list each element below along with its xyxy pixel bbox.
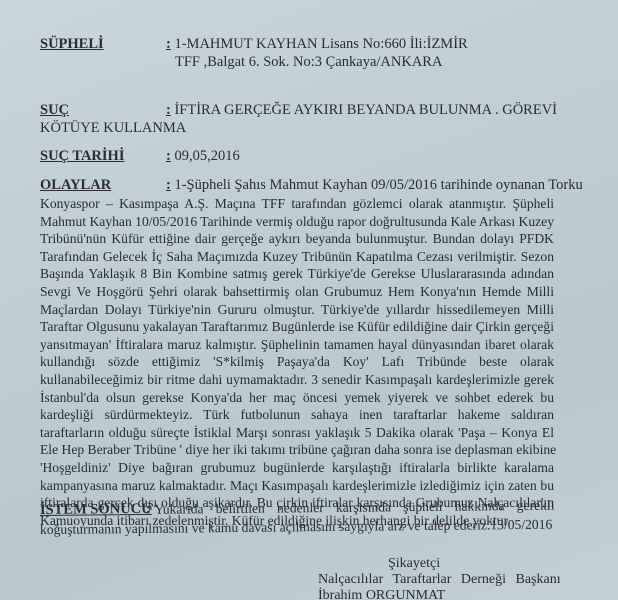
events-line: taraftarların olduğu süreçte İstiklal Ma… — [40, 424, 554, 442]
signature-organization: Nalçacılılar Taraftarlar Derneği Başkanı — [318, 572, 561, 588]
signature-name: İbrahim ORGUNMAT — [318, 588, 445, 600]
events-line: Sevgi Ve Hoşgörü Şehri olarak bahsettirm… — [40, 283, 554, 301]
crime-date-colon: : — [166, 148, 171, 164]
events-label: OLAYLAR — [40, 177, 166, 194]
crime-date-value: 09,05,2016 — [174, 148, 239, 164]
events-line: kampanyasına maruz kalmaktadır. Maçı Kas… — [40, 477, 554, 495]
crime-line1: İFTİRA GERÇEĞE AYKIRI BEYANDA BULUNMA . … — [174, 102, 557, 118]
events-line: Tribünü'nün Küfür ettiğine dair gerçeğe … — [40, 230, 554, 248]
crime-label: SUÇ — [40, 102, 166, 119]
suspect-label: SÜPHELİ — [40, 36, 166, 53]
events-line: kardeşliği sürdürmekteyiz. Türk futbolun… — [40, 406, 554, 424]
crime-section: SUÇ: İFTİRA GERÇEĞE AYKIRI BEYANDA BULUN… — [40, 102, 557, 119]
signature-title: Şikayetçi — [388, 556, 440, 572]
request-label: İSTEM SONUCU — [40, 501, 146, 519]
events-line: Tarafından Gelecek İç Saha Maçımızda Kuz… — [40, 248, 554, 266]
crime-date-section: SUÇ TARİHİ: 09,05,2016 — [40, 148, 240, 165]
events-line: Ele Hep Beraber Tribüne ' diye her iki t… — [40, 441, 554, 459]
events-line: İstanbul'da olsun gerekse Konya'da her m… — [40, 389, 554, 407]
events-line: Mahmut Kayhan 10/05/2016 Tarihinde vermi… — [40, 213, 554, 231]
events-line: kullanabileceğimiz bir ritme dahi uymama… — [40, 371, 554, 389]
request-colon: : — [146, 501, 151, 517]
suspect-line1: 1-MAHMUT KAYHAN Lisans No:660 İli:İZMİR — [174, 36, 467, 52]
complaint-document: SÜPHELİ: 1-MAHMUT KAYHAN Lisans No:660 İ… — [0, 0, 618, 600]
events-line: Maçlardan Dolayı Türkiye'nin Gururu olmu… — [40, 301, 554, 319]
events-line: yansıtmayan' İftiralara maruz kalmıştır.… — [40, 336, 554, 354]
events-line: 'Hoşgeldiniz' Diye bağıran grubumuz bugü… — [40, 459, 554, 477]
suspect-colon: : — [166, 36, 171, 52]
events-body: Konyaspor – Kasımpaşa A.Ş. Maçına TFF ta… — [40, 195, 554, 529]
events-colon: : — [166, 177, 171, 193]
events-line: Taraftar Olgusunu yakalayan Taraftarımız… — [40, 318, 554, 336]
crime-colon: : — [166, 102, 171, 118]
events-line: kullandığı sözde ettiğimiz 'S*kilmiş Paş… — [40, 353, 554, 371]
events-section: OLAYLAR: 1-Şüpheli Şahıs Mahmut Kayhan 0… — [40, 177, 583, 194]
events-first-line: 1-Şüpheli Şahıs Mahmut Kayhan 09/05/2016… — [174, 177, 582, 193]
events-line: Başında Yaklaşık 8 Bin Kombine satmış ge… — [40, 265, 554, 283]
suspect-section: SÜPHELİ: 1-MAHMUT KAYHAN Lisans No:660 İ… — [40, 36, 468, 53]
suspect-address: TFF ,Balgat 6. Sok. No:3 Çankaya/ANKARA — [175, 54, 442, 71]
events-line: Konyaspor – Kasımpaşa A.Ş. Maçına TFF ta… — [40, 195, 554, 213]
crime-line2: KÖTÜYE KULLANMA — [40, 120, 186, 137]
crime-date-label: SUÇ TARİHİ — [40, 148, 166, 165]
